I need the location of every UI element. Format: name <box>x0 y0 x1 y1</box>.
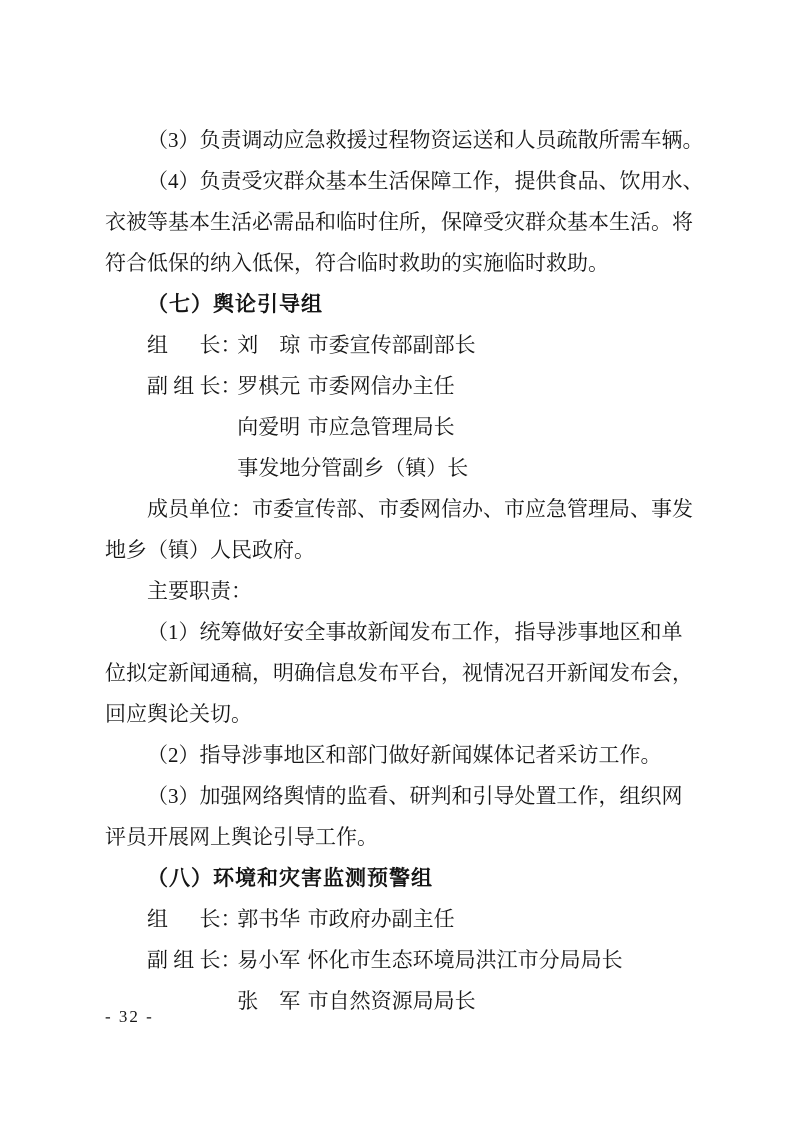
member-name: 罗棋元 <box>237 366 300 407</box>
member-row-deputy-2-s7: 向爱明市应急管理局长 <box>105 407 711 448</box>
member-title: 市政府办副主任 <box>308 899 455 940</box>
member-role-label: 副组长 <box>147 940 221 981</box>
para-duty-1-line-1: （1）统筹做好安全事故新闻发布工作，指导涉事地区和单 <box>105 612 711 653</box>
member-role-label: 组长 <box>147 325 221 366</box>
para-member-units-line-1: 成员单位：市委宣传部、市委网信办、市应急管理局、事发 <box>105 489 711 530</box>
section-7-heading: （七）舆论引导组 <box>105 284 711 325</box>
member-title: 怀化市生态环境局洪江市分局局长 <box>308 940 623 981</box>
member-title: 市委宣传部副部长 <box>308 325 476 366</box>
member-role-label: 组长 <box>147 899 221 940</box>
document-page: （3）负责调动应急救援过程物资运送和人员疏散所需车辆。 （4）负责受灾群众基本生… <box>0 0 793 1122</box>
para-duty-2: （2）指导涉事地区和部门做好新闻媒体记者采访工作。 <box>105 735 711 776</box>
member-colon: ： <box>221 325 238 366</box>
member-colon: ： <box>221 366 238 407</box>
page-number: - 32 - <box>105 1005 154 1029</box>
member-name: 刘琼 <box>237 325 300 366</box>
para-duty-1-line-2: 位拟定新闻通稿，明确信息发布平台，视情况召开新闻发布会， <box>105 653 711 694</box>
section-8-heading: （八）环境和灾害监测预警组 <box>105 858 711 899</box>
para-duty-4-line-3: 符合低保的纳入低保，符合临时救助的实施临时救助。 <box>105 243 711 284</box>
para-duty-4-line-2: 衣被等基本生活必需品和临时住所，保障受灾群众基本生活。将 <box>105 202 711 243</box>
page-body-text: （3）负责调动应急救援过程物资运送和人员疏散所需车辆。 （4）负责受灾群众基本生… <box>105 120 711 1022</box>
para-duty-1-line-3: 回应舆论关切。 <box>105 694 711 735</box>
member-name: 张军 <box>237 981 300 1022</box>
para-main-duties-label: 主要职责： <box>105 571 711 612</box>
member-colon: ： <box>221 940 238 981</box>
member-role-label: 副组长 <box>147 366 221 407</box>
para-duty-3b-line-2: 评员开展网上舆论引导工作。 <box>105 817 711 858</box>
member-row-leader-s7: 组长：刘琼市委宣传部副部长 <box>105 325 711 366</box>
member-row-deputy-3-s7: 事发地分管副乡（镇）长 <box>105 448 711 489</box>
member-name: 事发地分管副乡（镇）长 <box>237 448 468 489</box>
member-title: 市自然资源局局长 <box>308 981 476 1022</box>
member-row-leader-s8: 组长：郭书华市政府办副主任 <box>105 899 711 940</box>
member-row-deputy-2-s8: 张军市自然资源局局长 <box>105 981 711 1022</box>
member-title: 市委网信办主任 <box>308 366 455 407</box>
para-duty-3: （3）负责调动应急救援过程物资运送和人员疏散所需车辆。 <box>105 120 711 161</box>
member-name: 易小军 <box>237 940 300 981</box>
member-title: 市应急管理局长 <box>308 407 455 448</box>
para-duty-3b-line-1: （3）加强网络舆情的监看、研判和引导处置工作，组织网 <box>105 776 711 817</box>
para-duty-4-line-1: （4）负责受灾群众基本生活保障工作，提供食品、饮用水、 <box>105 161 711 202</box>
member-row-deputy-1-s7: 副组长：罗棋元市委网信办主任 <box>105 366 711 407</box>
member-name: 向爱明 <box>237 407 300 448</box>
para-member-units-line-2: 地乡（镇）人民政府。 <box>105 530 711 571</box>
member-name: 郭书华 <box>237 899 300 940</box>
member-colon: ： <box>221 899 238 940</box>
member-row-deputy-1-s8: 副组长：易小军怀化市生态环境局洪江市分局局长 <box>105 940 711 981</box>
